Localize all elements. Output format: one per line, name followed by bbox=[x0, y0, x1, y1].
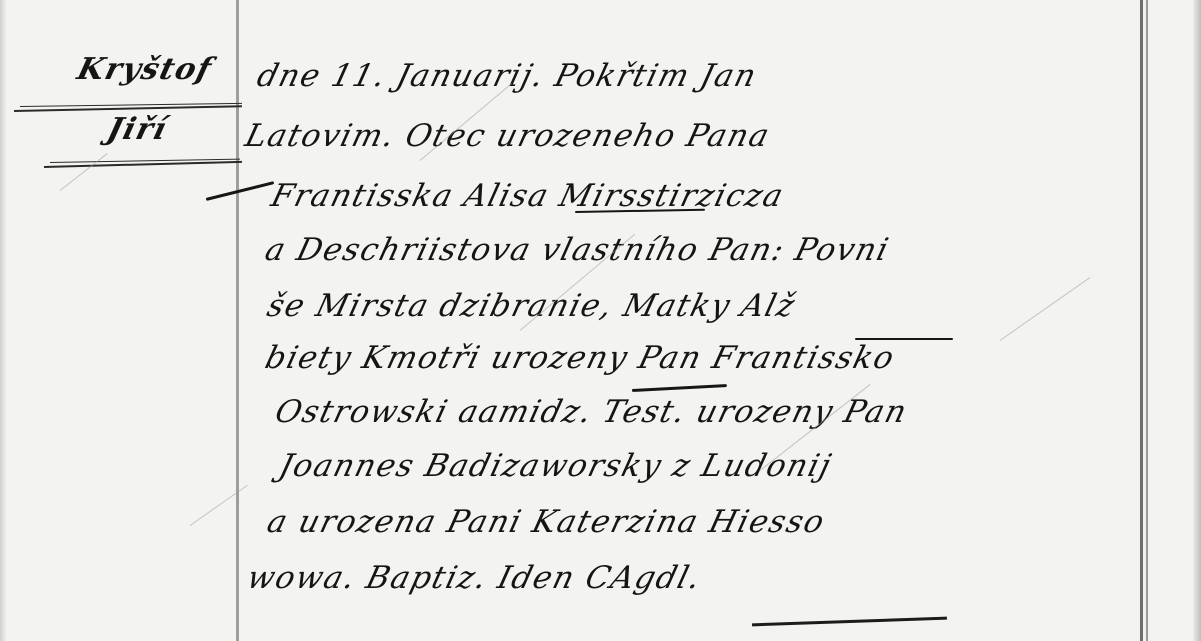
right-rule-line bbox=[1140, 0, 1143, 641]
signature-underline bbox=[752, 617, 947, 627]
ink-bleed-stroke bbox=[1000, 277, 1091, 341]
page-edge-right bbox=[1193, 0, 1201, 641]
pen-flourish bbox=[632, 384, 727, 392]
entry-line-9: a urozena Pani Katerzina Hiesso bbox=[264, 504, 830, 540]
entry-line-2: Latovim. Otec urozeneho Pana bbox=[242, 118, 774, 154]
entry-line-6: biety Kmotři urozeny Pan Frantissko bbox=[262, 340, 899, 376]
margin-name-primary: Kryštof bbox=[74, 52, 216, 87]
pen-flourish bbox=[855, 338, 953, 340]
margin-rule-line bbox=[236, 0, 239, 641]
entry-line-10: wowa. Baptiz. Iden CAgdl. bbox=[244, 560, 706, 596]
entry-line-7: Ostrowski aamidz. Test. urozeny Pan bbox=[272, 394, 912, 430]
pen-flourish bbox=[206, 181, 275, 201]
entry-line-1: dne 11. Januarij. Pokřtim Jan bbox=[254, 58, 761, 94]
register-page: Kryštof Jiří dne 11. Januarij. Pokřtim J… bbox=[0, 0, 1201, 641]
entry-line-3: Frantisska Alisa Mirsstirzicza bbox=[268, 178, 788, 214]
entry-line-4: a Deschriistova vlastního Pan: Povni bbox=[262, 232, 894, 268]
right-rule-line-secondary bbox=[1146, 0, 1148, 641]
page-edge-left bbox=[0, 0, 6, 641]
margin-name-secondary: Jiří bbox=[104, 112, 172, 147]
entry-line-8: Joannes Badizaworsky z Ludonij bbox=[276, 448, 836, 484]
ink-bleed-stroke bbox=[60, 153, 108, 191]
